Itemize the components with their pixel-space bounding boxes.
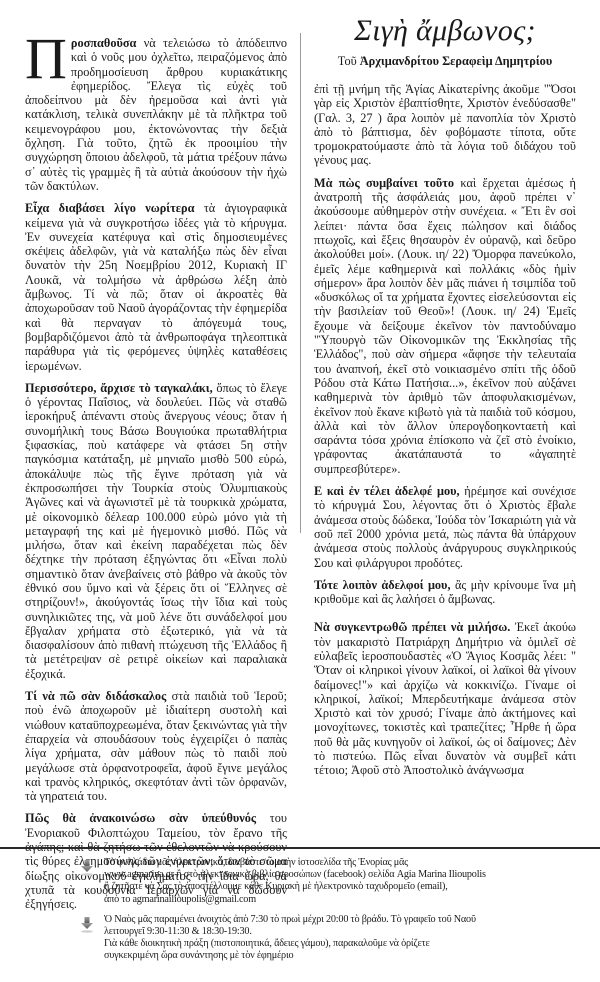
paragraph-lead: Μὰ πὼς συμβαίνει τοῦτο <box>314 176 454 190</box>
notice-line: λειτουργεῖ 9:30-11:30 & 18:30-19:30. <box>104 926 540 938</box>
paragraph-lead: Τότε λοιπὸν ἀδελφοί μου, <box>314 578 451 592</box>
paragraph-text: ἐπὶ τῇ μνήμη τῆς Ἁγίας Αἰκατερίνης ἀκοῦμ… <box>314 82 576 167</box>
paragraph-lead: Νὰ συγκεντρωθῶ πρέπει νὰ μιλήσω. <box>314 620 510 634</box>
article-paragraph: Τότε λοιπὸν ἀδελφοί μου, ἂς μὴν κρίνουμε… <box>314 578 576 607</box>
notice-online-bulletin: Τὸ φυλλάδιο μᾶς ἠλεκτρονικά, διαβάστε το… <box>80 857 540 906</box>
byline-prefix: Τοῦ <box>338 54 357 68</box>
article-title: Σιγὴ ἄμβωνος; <box>314 14 576 48</box>
notice-church-hours: Ὁ Ναὸς μᾶς παραμένει ἀνοιχτὸς ἀπὸ 7:30 τ… <box>80 914 540 963</box>
notice-line: ἢ ζητῆστε νὰ Σας τὸ ἀποστέλλουμε κάθε Κυ… <box>104 881 540 893</box>
parish-notices: Τὸ φυλλάδιο μᾶς ἠλεκτρονικά, διαβάστε το… <box>80 857 540 971</box>
drop-cap: Π <box>25 37 67 81</box>
article-left-column: Προσπαθοῦσα νὰ τελειώσω τὸ ἀπόδειπνο καὶ… <box>25 36 287 920</box>
byline-author: Ἀρχιμανδρίτου Σεραφεὶμ Δημητρίου <box>360 54 552 68</box>
footer-rule <box>0 847 600 849</box>
paragraph-text: Ἐκεῖ ἀκούω τὸν μακαριστὸ Πατριάρχη Δημήτ… <box>314 620 576 777</box>
article-paragraph: ἐπὶ τῇ μνήμη τῆς Ἁγίας Αἰκατερίνης ἀκοῦμ… <box>314 82 576 168</box>
article-paragraph: Προσπαθοῦσα νὰ τελειώσω τὸ ἀπόδειπνο καὶ… <box>25 36 287 193</box>
download-arrow-icon <box>80 917 94 933</box>
article-right-column: Σιγὴ ἄμβωνος; Τοῦ Ἀρχιμανδρίτου Σεραφεὶμ… <box>314 0 576 786</box>
paragraph-text: ὅπως τὸ ἔλεγε ὁ γέροντας Παΐσιος, νὰ δου… <box>25 381 287 681</box>
paragraph-text: τὰ ἁγιογραφικὰ κείμενα γιὰ νὰ συγκροτήσω… <box>25 201 287 372</box>
paragraph-lead: ροσπαθοῦσα <box>71 36 137 50</box>
article-paragraph: Περισσότερο, ἄρχισε τὸ ταγκαλάκι, ὅπως τ… <box>25 381 287 681</box>
paragraph-lead: Εἶχα διαβάσει λίγο νωρίτερα <box>25 201 194 215</box>
column-divider <box>300 33 301 533</box>
article-paragraph: Τί νὰ πῶ σὰν διδάσκαλος στὰ παιδιὰ τοῦ Ἱ… <box>25 689 287 803</box>
article-byline: Τοῦ Ἀρχιμανδρίτου Σεραφεὶμ Δημητρίου <box>314 54 576 68</box>
notice-line: Γιὰ κάθε διοικητικὴ πράξη (πιστοποιητικά… <box>104 938 540 950</box>
notice-line: συγκεκριμένη ὥρα συνάντησης μὲ τὸν ἐφημέ… <box>104 950 540 962</box>
article-paragraph: Εἶχα διαβάσει λίγο νωρίτερα τὰ ἁγιογραφι… <box>25 201 287 373</box>
notice-line: ἀπὸ το agmarinailioupolis@gmail.com <box>104 894 540 906</box>
notice-line: www.agmarina.gr ἢ στὸ ἠλεκτρονικὸ βιβλίο… <box>104 869 540 881</box>
article-paragraph: Νὰ συγκεντρωθῶ πρέπει νὰ μιλήσω. Ἐκεῖ ἀκ… <box>314 620 576 777</box>
notice-line: Τὸ φυλλάδιο μᾶς ἠλεκτρονικά, διαβάστε το… <box>104 857 540 869</box>
paragraph-lead: Πῶς θὰ ἀνακοινώσω σὰν ὑπεύθυνός <box>25 811 256 825</box>
article-paragraph: Μὰ πὼς συμβαίνει τοῦτο καὶ ἔρχεται ἀμέσω… <box>314 176 576 476</box>
paragraph-lead: Περισσότερο, ἄρχισε τὸ ταγκαλάκι, <box>25 381 213 395</box>
paragraph-lead: Ε καὶ ἐν τέλει ἀδελφέ μου, <box>314 484 460 498</box>
download-arrow-icon <box>80 860 94 876</box>
article-paragraph: Ε καὶ ἐν τέλει ἀδελφέ μου, ἠρέμησε καὶ σ… <box>314 484 576 570</box>
notice-line: Ὁ Ναὸς μᾶς παραμένει ἀνοιχτὸς ἀπὸ 7:30 τ… <box>104 914 540 926</box>
paragraph-text: καὶ ἔρχεται ἀμέσως ἡ ἀνατροπὴ τῆς ἀσφάλε… <box>314 176 576 476</box>
paragraph-lead: Τί νὰ πῶ σὰν διδάσκαλος <box>25 689 166 703</box>
paragraph-text: στὰ παιδιὰ τοῦ Ἱεροῦ; ποὺ ἐνῶ ἀποχωροῦν … <box>25 689 287 803</box>
